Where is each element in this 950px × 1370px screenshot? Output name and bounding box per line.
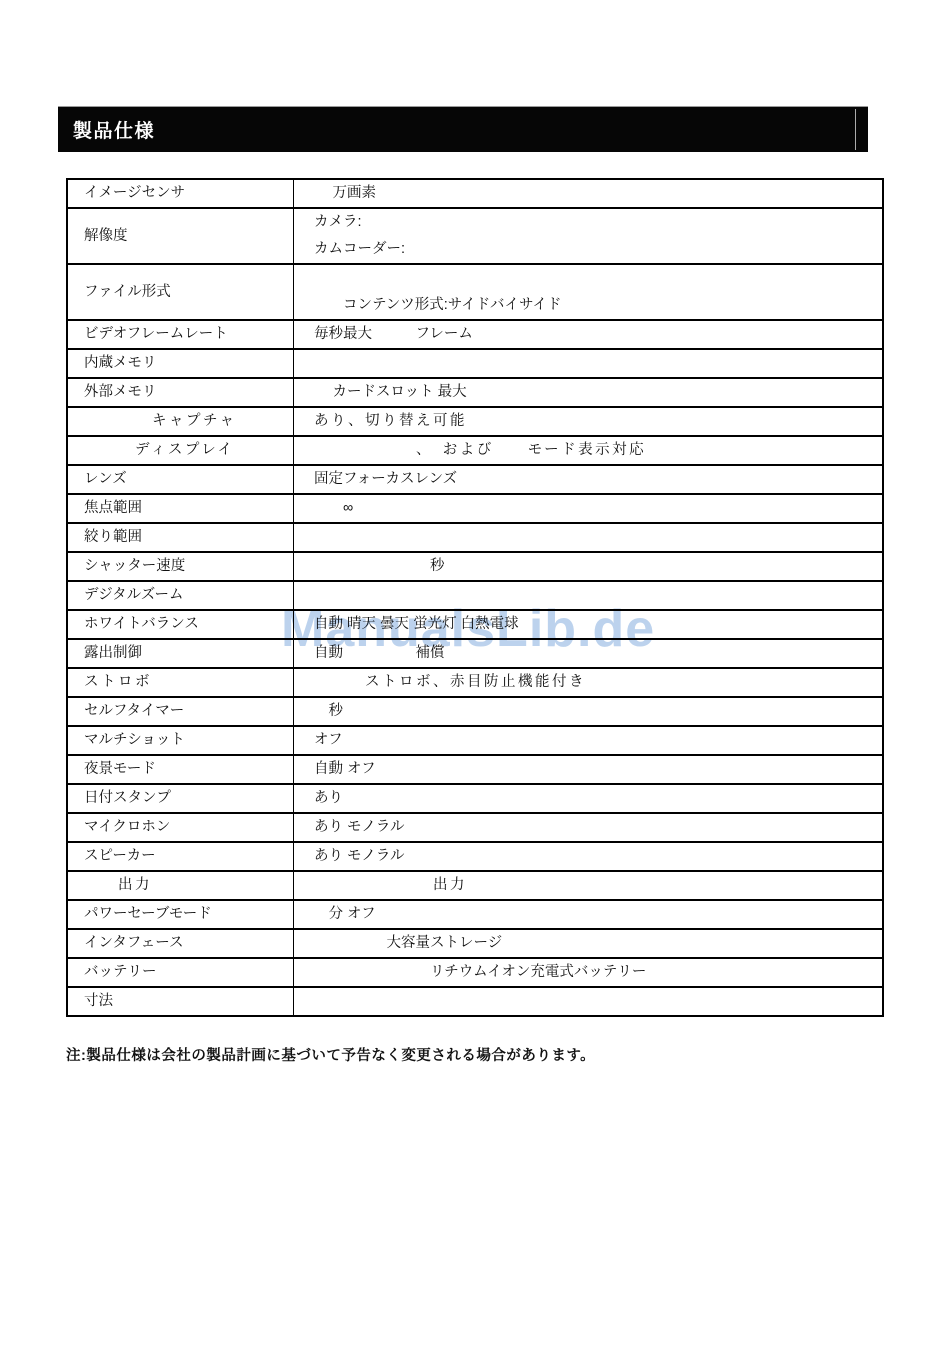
- spec-value: 万画素: [294, 180, 882, 207]
- spec-value-line: 万画素: [314, 180, 882, 207]
- table-row: 日付スタンプあり: [68, 785, 882, 814]
- spec-value: 固定フォーカスレンズ: [294, 466, 882, 493]
- table-row: 解像度カメラ:カムコーダー:: [68, 209, 882, 265]
- spec-value-line: 大容量ストレージ: [314, 930, 882, 957]
- table-row: 出力 出力: [68, 872, 882, 901]
- table-row: キャプチャあり、切り替え可能: [68, 408, 882, 437]
- spec-label: バッテリー: [68, 959, 294, 986]
- table-row: 内蔵メモリ: [68, 350, 882, 379]
- table-row: パワーセーブモード 分 オフ: [68, 901, 882, 930]
- spec-label: パワーセーブモード: [68, 901, 294, 928]
- table-row: デジタルズーム: [68, 582, 882, 611]
- table-row: シャッター速度 秒: [68, 553, 882, 582]
- spec-value: カードスロット 最大: [294, 379, 882, 406]
- spec-value: あり モノラル: [294, 843, 882, 870]
- spec-value: 秒: [294, 553, 882, 580]
- spec-value: [294, 988, 882, 1015]
- spec-value: オフ: [294, 727, 882, 754]
- table-row: 夜景モード自動 オフ: [68, 756, 882, 785]
- table-row: ストロボ ストロボ、赤目防止機能付き: [68, 669, 882, 698]
- spec-value-line: [314, 265, 882, 292]
- table-row: レンズ固定フォーカスレンズ: [68, 466, 882, 495]
- table-row: 寸法: [68, 988, 882, 1015]
- spec-value: 秒: [294, 698, 882, 725]
- spec-value-line: [314, 582, 882, 609]
- spec-value-line: [314, 988, 882, 1015]
- spec-value-line: 秒: [314, 553, 882, 580]
- table-row: ホワイトバランス自動 晴天 曇天 蛍光灯 白熱電球: [68, 611, 882, 640]
- spec-value-line: あり モノラル: [314, 814, 882, 841]
- table-row: ファイル形式 コンテンツ形式:サイドバイサイド: [68, 265, 882, 321]
- spec-label: スピーカー: [68, 843, 294, 870]
- spec-label: セルフタイマー: [68, 698, 294, 725]
- spec-value-line: ∞: [314, 495, 882, 522]
- table-row: マルチショットオフ: [68, 727, 882, 756]
- spec-value-line: 、 および モード表示対応: [314, 437, 882, 464]
- spec-label: イメージセンサ: [68, 180, 294, 207]
- spec-value-line: リチウムイオン充電式バッテリー: [314, 959, 882, 986]
- table-row: ビデオフレームレート毎秒最大 フレーム: [68, 321, 882, 350]
- spec-label: 出力: [68, 872, 294, 899]
- spec-label: デジタルズーム: [68, 582, 294, 609]
- spec-label: ファイル形式: [68, 265, 294, 319]
- spec-value: あり モノラル: [294, 814, 882, 841]
- spec-value: [294, 350, 882, 377]
- spec-value-line: 自動 晴天 曇天 蛍光灯 白熱電球: [314, 611, 882, 638]
- spec-label: ビデオフレームレート: [68, 321, 294, 348]
- spec-value: カメラ:カムコーダー:: [294, 209, 882, 263]
- spec-value: [294, 582, 882, 609]
- table-row: 露出制御自動 補償: [68, 640, 882, 669]
- spec-value-line: オフ: [314, 727, 882, 754]
- spec-label: ディスプレイ: [68, 437, 294, 464]
- spec-value-line: 出力: [314, 872, 882, 899]
- spec-value-line: あり、切り替え可能: [314, 408, 882, 435]
- spec-label: シャッター速度: [68, 553, 294, 580]
- table-row: スピーカーあり モノラル: [68, 843, 882, 872]
- spec-label: ホワイトバランス: [68, 611, 294, 638]
- spec-value-line: 秒: [314, 698, 882, 725]
- spec-value-line: コンテンツ形式:サイドバイサイド: [314, 292, 882, 319]
- spec-label: 日付スタンプ: [68, 785, 294, 812]
- spec-value: 大容量ストレージ: [294, 930, 882, 957]
- spec-label: 内蔵メモリ: [68, 350, 294, 377]
- spec-value: ストロボ、赤目防止機能付き: [294, 669, 882, 696]
- spec-label: インタフェース: [68, 930, 294, 957]
- spec-label: 絞り範囲: [68, 524, 294, 551]
- spec-value: 自動 補償: [294, 640, 882, 667]
- spec-value: あり、切り替え可能: [294, 408, 882, 435]
- spec-value-line: あり モノラル: [314, 843, 882, 870]
- table-row: マイクロホンあり モノラル: [68, 814, 882, 843]
- spec-label: マルチショット: [68, 727, 294, 754]
- spec-value-line: 毎秒最大 フレーム: [314, 321, 882, 348]
- spec-label: 露出制御: [68, 640, 294, 667]
- spec-value: コンテンツ形式:サイドバイサイド: [294, 265, 882, 319]
- table-row: 焦点範囲 ∞: [68, 495, 882, 524]
- spec-value-line: あり: [314, 785, 882, 812]
- section-header-bar: 製品仕様: [58, 106, 868, 152]
- table-row: 外部メモリ カードスロット 最大: [68, 379, 882, 408]
- spec-label: レンズ: [68, 466, 294, 493]
- table-row: イメージセンサ 万画素: [68, 180, 882, 209]
- spec-value-line: 分 オフ: [314, 901, 882, 928]
- spec-value-line: カムコーダー:: [314, 236, 882, 263]
- spec-label: 夜景モード: [68, 756, 294, 783]
- table-row: 絞り範囲: [68, 524, 882, 553]
- spec-label: ストロボ: [68, 669, 294, 696]
- spec-value-line: ストロボ、赤目防止機能付き: [314, 669, 882, 696]
- spec-value-line: カメラ:: [314, 209, 882, 236]
- spec-label: 寸法: [68, 988, 294, 1015]
- table-row: インタフェース 大容量ストレージ: [68, 930, 882, 959]
- spec-value: 、 および モード表示対応: [294, 437, 882, 464]
- spec-label: 解像度: [68, 209, 294, 263]
- spec-value: 自動 オフ: [294, 756, 882, 783]
- spec-label: 外部メモリ: [68, 379, 294, 406]
- spec-label: マイクロホン: [68, 814, 294, 841]
- spec-value: あり: [294, 785, 882, 812]
- spec-value-line: 自動 補償: [314, 640, 882, 667]
- spec-value-line: カードスロット 最大: [314, 379, 882, 406]
- table-row: ディスプレイ 、 および モード表示対応: [68, 437, 882, 466]
- spec-value: リチウムイオン充電式バッテリー: [294, 959, 882, 986]
- spec-value-line: [314, 524, 882, 551]
- spec-label: キャプチャ: [68, 408, 294, 435]
- footer-note: 注:製品仕様は会社の製品計画に基づいて予告なく変更される場合があります。: [66, 1044, 886, 1065]
- spec-label: 焦点範囲: [68, 495, 294, 522]
- spec-value: 自動 晴天 曇天 蛍光灯 白熱電球: [294, 611, 882, 638]
- header-accent-line: [855, 109, 856, 150]
- spec-table: イメージセンサ 万画素解像度カメラ:カムコーダー:ファイル形式 コンテンツ形式:…: [66, 178, 884, 1017]
- spec-value: 毎秒最大 フレーム: [294, 321, 882, 348]
- section-title: 製品仕様: [58, 116, 155, 143]
- spec-value-line: 自動 オフ: [314, 756, 882, 783]
- table-row: セルフタイマー 秒: [68, 698, 882, 727]
- spec-value: 出力: [294, 872, 882, 899]
- table-row: バッテリー リチウムイオン充電式バッテリー: [68, 959, 882, 988]
- spec-value: [294, 524, 882, 551]
- spec-value-line: 固定フォーカスレンズ: [314, 466, 882, 493]
- spec-value-line: [314, 350, 882, 377]
- spec-value: 分 オフ: [294, 901, 882, 928]
- spec-value: ∞: [294, 495, 882, 522]
